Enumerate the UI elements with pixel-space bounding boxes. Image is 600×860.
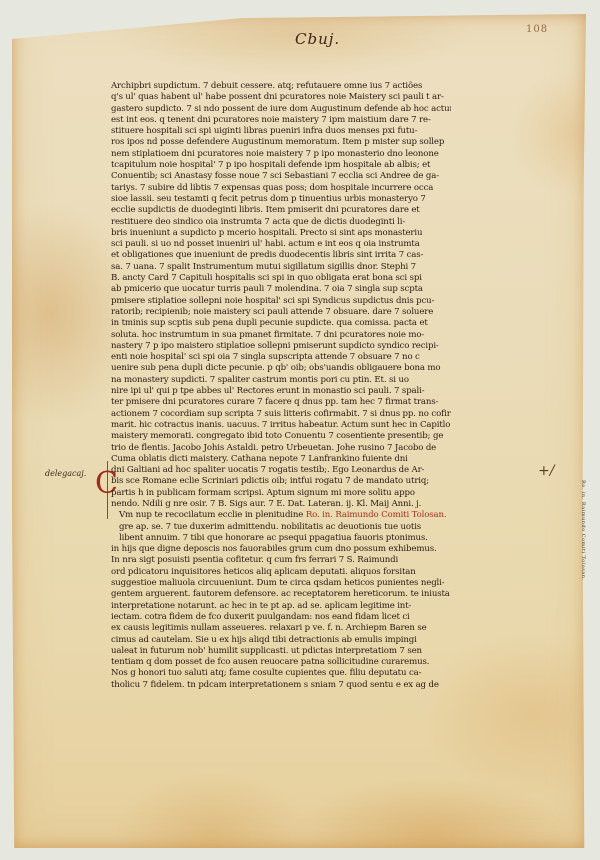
text-line: ter pmisere dni pcuratores curare 7 face… <box>111 397 451 408</box>
text-line: ratorib; recipienib; noie maistery sci p… <box>111 307 451 318</box>
text-line: Archipbri supdictum. 7 debuit cessere. a… <box>111 81 451 92</box>
text-line: libent annuim. 7 tibi que honorare ac ps… <box>111 533 451 544</box>
rubric-line-text: Vm nup te recocilatum ecclie in plenitud… <box>119 510 303 520</box>
text-line: ualeat in futurum nob' humilit supplicas… <box>111 646 451 657</box>
text-line: sci pauli. si uo nd posset inueniri ul' … <box>111 239 451 250</box>
text-line: trio de flentis. Jacobo Johis Astaldi. p… <box>111 443 451 454</box>
text-line: bis sce Romane eclie Scriniari pdictis o… <box>111 476 451 487</box>
text-line: interpretatione notarunt. ac hec in te p… <box>111 601 451 612</box>
text-line: in hijs que digne deposcis nos fauorabil… <box>111 544 451 555</box>
text-line: ros ipos nd posse defendere Augustinum m… <box>111 137 451 148</box>
text-line: gentem arguerent. fautorem defensore. ac… <box>111 589 451 600</box>
text-line: Conuentib; sci Anastasy fosse noue 7 sci… <box>111 171 451 182</box>
text-line: iectam. cotra fidem de fco duxerit puulg… <box>111 612 451 623</box>
rubric-line: Vm nup te recocilatum ecclie in plenitud… <box>111 510 451 521</box>
rubric-red-text: Ro. in. Raimundo Comiti Tolosan. <box>306 510 447 520</box>
text-line: sioe lassii. seu testamti q fecit petrus… <box>111 194 451 205</box>
text-line: soluta. hoc instrumtum in sua pmanet fir… <box>111 330 451 341</box>
text-line: maistery memorati. congregato ibid toto … <box>111 431 451 442</box>
text-line: uenire sub pena dupli dicte pecunie. p q… <box>111 363 451 374</box>
main-text-block: Archipbri supdictum. 7 debuit cessere. a… <box>111 81 451 691</box>
spine-note: Ro. in. Raimundo Comiti Tolosan. <box>580 480 586 581</box>
text-line: actionem 7 cocordiam sup scripta 7 suis … <box>111 409 451 420</box>
text-line: sa. 7 uana. 7 spalit Instrumentum mutui … <box>111 262 451 273</box>
text-line: in tminis sup scptis sub pena dupli pecu… <box>111 318 451 329</box>
text-line: restituere deo sindico oia instrumta 7 a… <box>111 217 451 228</box>
text-line: bris inueniunt a supdicto p mcerio hospi… <box>111 228 451 239</box>
text-line: ecclie supdictis de duodeginti libris. I… <box>111 205 451 216</box>
text-line: nire ipi ul' qui p tpe abbes ul' Rectore… <box>111 386 451 397</box>
text-line: est int eos. q tenent dni pcuratores noi… <box>111 115 451 126</box>
right-margin-note: +/ <box>538 463 554 479</box>
text-line: gre ap. se. 7 tue duxerim admittendu. no… <box>111 522 451 533</box>
text-line: tariys. 7 subire dd libtis 7 expensas qu… <box>111 183 451 194</box>
text-line: q's ul' quas habent ul' habe possent dni… <box>111 92 451 103</box>
text-line: et obligationes que inueniunt de predis … <box>111 250 451 261</box>
text-line: In nra sigt posuisti psentia cofitetur. … <box>111 555 451 566</box>
text-line: B. ancty Card 7 Capituli hospitalis sci … <box>111 273 451 284</box>
text-line: dni Galtiani ad hoc spaliter uocatis 7 r… <box>111 465 451 476</box>
text-line: na monastery supdicti. 7 spaliter castru… <box>111 375 451 386</box>
text-line: nastery 7 p ipo maistero stiplatioe soll… <box>111 341 451 352</box>
text-line: cimus ad cautelam. Sie u ex hijs aliqd t… <box>111 635 451 646</box>
text-line: suggestioe maliuola circuueniunt. Dum te… <box>111 578 451 589</box>
text-line: tholicu 7 fidelem. tn pdcam interpretati… <box>111 680 451 691</box>
folio-number: 108 <box>526 24 548 35</box>
text-line: ex causis legitimis nullam asseueres. re… <box>111 623 451 634</box>
text-line: ab pmicerio que uocatur turris pauli 7 m… <box>111 284 451 295</box>
text-line: Nos g honori tuo saluti atq; fame cosult… <box>111 668 451 679</box>
text-line: pmisere stiplatioe sollepni noie hospita… <box>111 296 451 307</box>
text-line: marit. hic cotractus inanis. uacuus. 7 i… <box>111 420 451 431</box>
text-line: enti noie hospital' sci spi oia 7 singla… <box>111 352 451 363</box>
text-line: tcapitulum noie hospital' 7 p ipo hospit… <box>111 160 451 171</box>
text-line: ord pdicatoru inquisitores heticos aliq … <box>111 567 451 578</box>
header-mark: Cbuj. <box>295 30 340 48</box>
left-margin-note: delegacaj. <box>45 469 86 478</box>
text-line: Cuma oblatis dicti maistery. Cathana nep… <box>111 454 451 465</box>
text-line: stituere hospitali sci spi uiginti libra… <box>111 126 451 137</box>
text-line: nem stiplatioem dni pcuratores noie mais… <box>111 149 451 160</box>
text-line: nendo. Ndili g nre osir. 7 B. Sigs aur. … <box>111 499 451 510</box>
text-line: tentiam q dom posset de fco ausen reuoca… <box>111 657 451 668</box>
text-line: gastero supdicto. 7 si ndo possent de iu… <box>111 104 451 115</box>
text-line: partis h in publicam formam scripsi. Apt… <box>111 488 451 499</box>
